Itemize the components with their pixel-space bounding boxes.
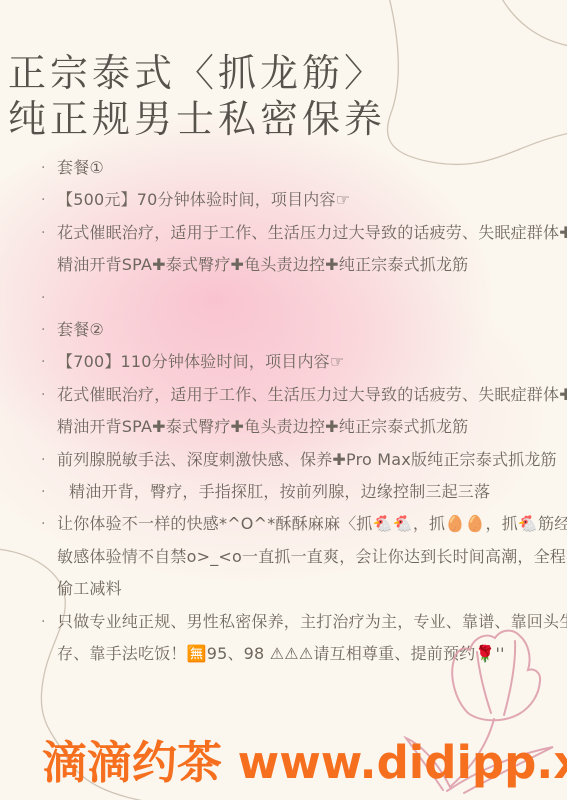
- tulip-illustration: [0, 0, 567, 800]
- flyer: 正宗泰式〈抓龙筋〉 纯正规男士私密保养 · 套餐① · 【500元】70分钟体验…: [0, 0, 567, 800]
- tulip-flower: [452, 631, 540, 721]
- watermark: 滴滴约茶 www.didipp.xyz: [42, 726, 567, 791]
- tulip-petal-line: [504, 641, 515, 715]
- tulip-petal-line: [477, 652, 491, 713]
